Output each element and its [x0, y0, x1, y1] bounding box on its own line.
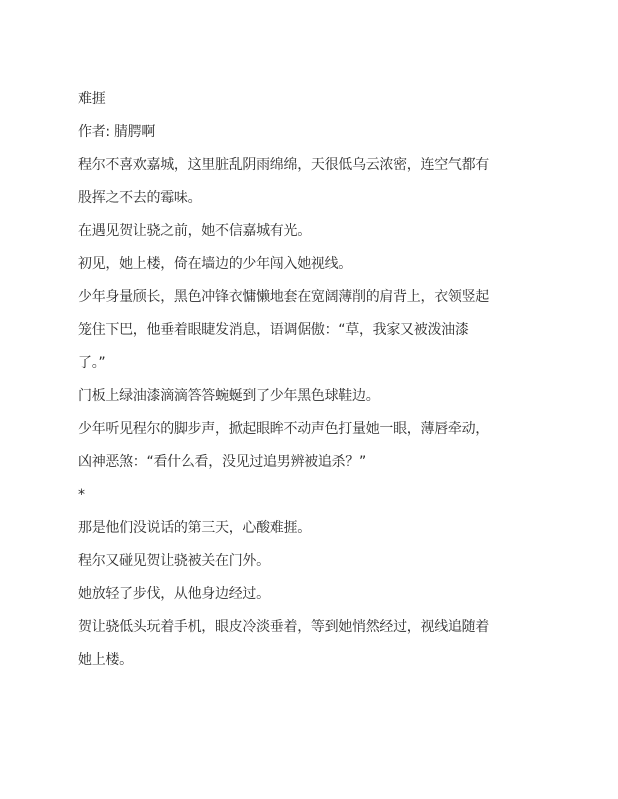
paragraph-line: 了。”	[78, 353, 540, 374]
paragraph-line: 她上楼。	[78, 650, 540, 671]
section-separator: *	[78, 485, 540, 506]
paragraph-line: 凶神恶煞：“看什么看，没见过追男辨被追杀？”	[78, 452, 540, 473]
paragraph: 少年听见程尔的脚步声，掀起眼眸不动声色打量她一眼，薄唇牵动， 凶神恶煞：“看什么…	[78, 419, 540, 506]
paragraph-line: 程尔不喜欢嘉城，这里脏乱阴雨绵绵，天很低乌云浓密，连空气都有	[78, 155, 540, 176]
paragraph-line: 少年听见程尔的脚步声，掀起眼眸不动声色打量她一眼，薄唇牵动，	[78, 419, 540, 440]
paragraph: 贺让骁低头玩着手机，眼皮冷淡垂着，等到她悄然经过，视线追随着 她上楼。	[78, 617, 540, 671]
paragraph-line: 股挥之不去的霉味。	[78, 188, 540, 209]
paragraph: 那是他们没说话的第三天，心酸难捱。	[78, 518, 540, 539]
paragraph-line: 门板上绿油漆滴滴答答蜿蜒到了少年黑色球鞋边。	[78, 386, 540, 407]
paragraph-line: 初见，她上楼，倚在墙边的少年闯入她视线。	[78, 254, 540, 275]
paragraph: 在遇见贺让骁之前，她不信嘉城有光。	[78, 221, 540, 242]
paragraph: 程尔不喜欢嘉城，这里脏乱阴雨绵绵，天很低乌云浓密，连空气都有 股挥之不去的霉味。	[78, 155, 540, 209]
document-content: 难捱 作者: 腈腭啊 程尔不喜欢嘉城，这里脏乱阴雨绵绵，天很低乌云浓密，连空气都…	[78, 89, 540, 683]
paragraph-line: 少年身量颀长，黑色冲锋衣慵懒地套在宽阔薄削的肩背上，衣领竖起	[78, 287, 540, 308]
paragraph-line: 笼住下巴，他垂着眼睫发消息，语调倨傲：“草，我家又被泼油漆	[78, 320, 540, 341]
document-page: 难捱 作者: 腈腭啊 程尔不喜欢嘉城，这里脏乱阴雨绵绵，天很低乌云浓密，连空气都…	[0, 0, 618, 799]
paragraph: 初见，她上楼，倚在墙边的少年闯入她视线。	[78, 254, 540, 275]
document-title: 难捱	[78, 89, 540, 110]
paragraph: 程尔又碰见贺让骁被关在门外。	[78, 551, 540, 572]
paragraph-line: 那是他们没说话的第三天，心酸难捱。	[78, 518, 540, 539]
document-author: 作者: 腈腭啊	[78, 122, 540, 143]
paragraph-line: 在遇见贺让骁之前，她不信嘉城有光。	[78, 221, 540, 242]
paragraph-line: 程尔又碰见贺让骁被关在门外。	[78, 551, 540, 572]
paragraph: 门板上绿油漆滴滴答答蜿蜒到了少年黑色球鞋边。	[78, 386, 540, 407]
paragraph: 少年身量颀长，黑色冲锋衣慵懒地套在宽阔薄削的肩背上，衣领竖起 笼住下巴，他垂着眼…	[78, 287, 540, 374]
paragraph-line: 她放轻了步伐，从他身边经过。	[78, 584, 540, 605]
paragraph-line: 贺让骁低头玩着手机，眼皮冷淡垂着，等到她悄然经过，视线追随着	[78, 617, 540, 638]
paragraph: 她放轻了步伐，从他身边经过。	[78, 584, 540, 605]
